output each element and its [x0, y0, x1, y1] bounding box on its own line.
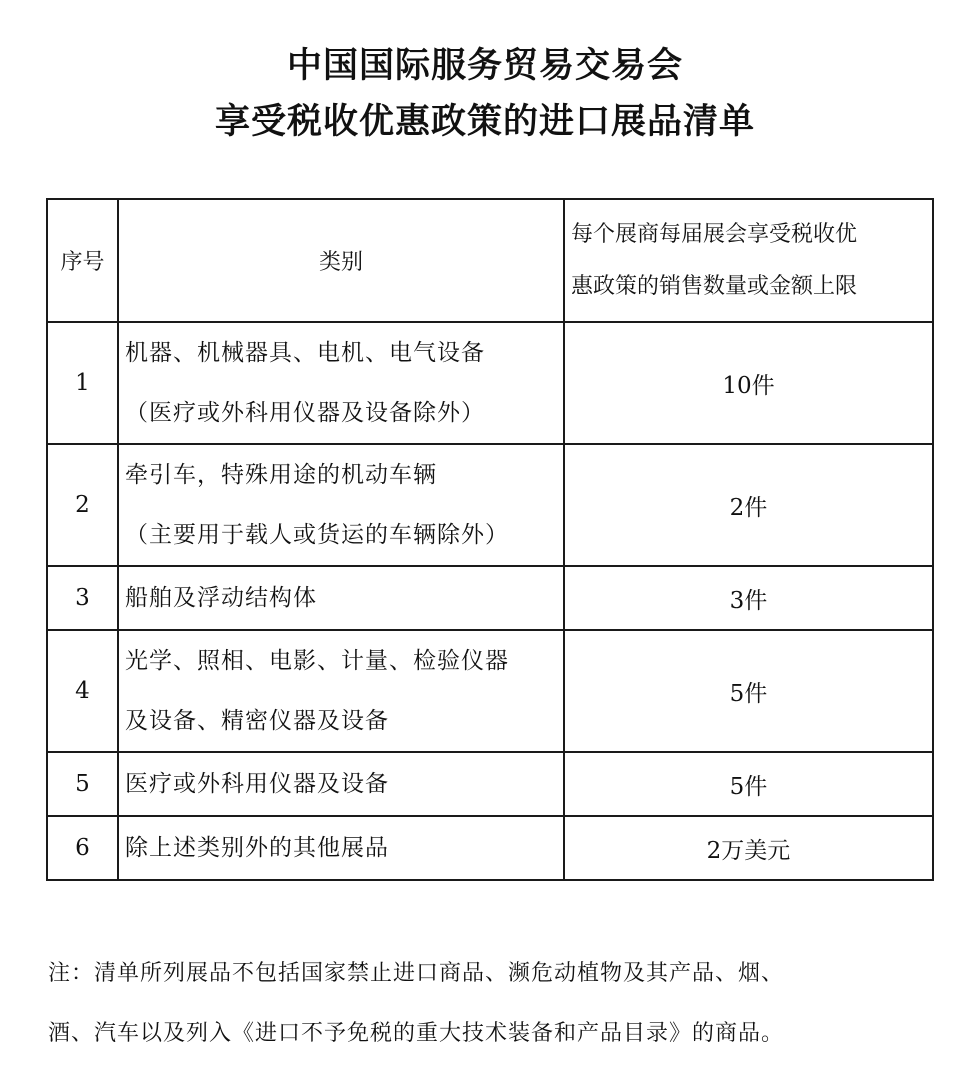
- row-no: 1: [47, 322, 118, 444]
- category-line: （主要用于载人或货运的车辆除外）: [125, 505, 563, 565]
- footnote: 注：清单所列展品不包括国家禁止进口商品、濒危动植物及其产品、烟、 酒、汽车以及列…: [48, 944, 938, 1064]
- row-category: 光学、照相、电影、计量、检验仪器 及设备、精密仪器及设备: [118, 630, 564, 752]
- row-limit: 2万美元: [564, 816, 933, 880]
- row-no: 4: [47, 630, 118, 752]
- title-line-1: 中国国际服务贸易交易会: [0, 38, 970, 94]
- row-no: 6: [47, 816, 118, 880]
- row-limit: 10件: [564, 322, 933, 444]
- header-no: 序号: [47, 199, 118, 322]
- table-header-row: 序号 类别 每个展商每届展会享受税收优 惠政策的销售数量或金额上限: [47, 199, 933, 322]
- header-limit-line-2: 惠政策的销售数量或金额上限: [571, 261, 932, 313]
- header-limit-line-1: 每个展商每届展会享受税收优: [571, 209, 932, 261]
- exhibits-table: 序号 类别 每个展商每届展会享受税收优 惠政策的销售数量或金额上限 1 机器、机…: [46, 198, 934, 881]
- category-line: 光学、照相、电影、计量、检验仪器: [125, 631, 563, 691]
- table-row: 5 医疗或外科用仪器及设备 5件: [47, 752, 933, 816]
- category-line: （医疗或外科用仪器及设备除外）: [125, 383, 563, 443]
- row-category: 船舶及浮动结构体: [118, 566, 564, 630]
- header-limit: 每个展商每届展会享受税收优 惠政策的销售数量或金额上限: [564, 199, 933, 322]
- row-no: 2: [47, 444, 118, 566]
- row-category: 机器、机械器具、电机、电气设备 （医疗或外科用仪器及设备除外）: [118, 322, 564, 444]
- header-category: 类别: [118, 199, 564, 322]
- category-line: 船舶及浮动结构体: [125, 568, 563, 628]
- category-line: 除上述类别外的其他展品: [125, 818, 563, 878]
- row-category: 牵引车，特殊用途的机动车辆 （主要用于载人或货运的车辆除外）: [118, 444, 564, 566]
- row-limit: 3件: [564, 566, 933, 630]
- footnote-line-1: 注：清单所列展品不包括国家禁止进口商品、濒危动植物及其产品、烟、: [48, 944, 938, 1004]
- row-limit: 5件: [564, 752, 933, 816]
- row-no: 3: [47, 566, 118, 630]
- category-line: 机器、机械器具、电机、电气设备: [125, 323, 563, 383]
- row-limit: 2件: [564, 444, 933, 566]
- row-category: 医疗或外科用仪器及设备: [118, 752, 564, 816]
- row-limit: 5件: [564, 630, 933, 752]
- table-row: 3 船舶及浮动结构体 3件: [47, 566, 933, 630]
- category-line: 及设备、精密仪器及设备: [125, 691, 563, 751]
- table-row: 1 机器、机械器具、电机、电气设备 （医疗或外科用仪器及设备除外） 10件: [47, 322, 933, 444]
- table-row: 2 牵引车，特殊用途的机动车辆 （主要用于载人或货运的车辆除外） 2件: [47, 444, 933, 566]
- footnote-line-2: 酒、汽车以及列入《进口不予免税的重大技术装备和产品目录》的商品。: [48, 1004, 938, 1064]
- title-line-2: 享受税收优惠政策的进口展品清单: [0, 94, 970, 150]
- table-row: 4 光学、照相、电影、计量、检验仪器 及设备、精密仪器及设备 5件: [47, 630, 933, 752]
- category-line: 医疗或外科用仪器及设备: [125, 754, 563, 814]
- table-row: 6 除上述类别外的其他展品 2万美元: [47, 816, 933, 880]
- row-no: 5: [47, 752, 118, 816]
- document-title: 中国国际服务贸易交易会 享受税收优惠政策的进口展品清单: [0, 38, 970, 150]
- category-line: 牵引车，特殊用途的机动车辆: [125, 445, 563, 505]
- row-category: 除上述类别外的其他展品: [118, 816, 564, 880]
